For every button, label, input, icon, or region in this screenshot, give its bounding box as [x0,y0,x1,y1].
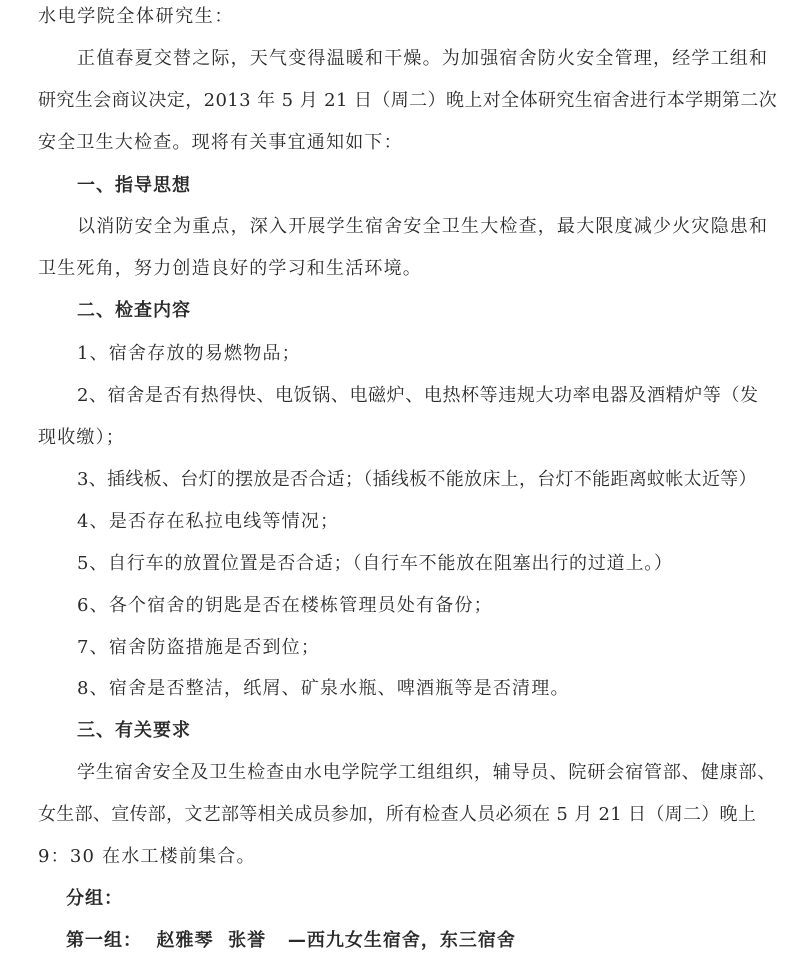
section2-heading: 二、检查内容 [77,296,191,326]
section1-heading: 一、指导思想 [77,171,191,201]
intro-line-3: 安全卫生大检查。现将有关事宜通知如下： [38,128,403,158]
check-item-8: 8、宿舍是否整洁，纸屑、矿泉水瓶、啤酒瓶等是否清理。 [77,674,570,704]
section3-body-1: 学生宿舍安全及卫生检查由水电学院学工组组织，辅导员、院研会宿管部、健康部、 [77,758,776,788]
section3-heading: 三、有关要求 [77,716,191,746]
grouping-label: 分组： [66,884,123,914]
check-item-2: 2、宿舍是否有热得快、电饭锅、电磁炉、电热杯等违规大功率电器及酒精炉等（发 [77,381,759,411]
group-1-assignment: 第一组： 赵雅琴 张誉 —西九女生宿舍，东三宿舍 [66,926,516,956]
intro-line-2: 研究生会商议决定，2013 年 5 月 21 日（周二）晚上对全体研究生宿舍进行… [38,86,777,116]
check-item-5: 5、自行车的放置位置是否合适；（自行车不能放在阻塞出行的过道上。） [77,549,673,579]
salutation: 水电学院全体研究生： [38,2,234,32]
check-item-4: 4、是否存在私拉电线等情况； [77,507,339,537]
check-item-3: 3、插线板、台灯的摆放是否合适；（插线板不能放床上，台灯不能距离蚊帐太近等） [77,465,757,495]
check-item-1: 1、宿舍存放的易燃物品； [77,339,301,369]
check-item-6: 6、各个宿舍的钥匙是否在楼栋管理员处有备份； [77,591,493,621]
section3-body-2: 女生部、宣传部，文艺部等相关成员参加，所有检查人员必须在 5 月 21 日（周二… [38,800,756,830]
check-item-7: 7、宿舍防盗措施是否到位； [77,633,320,663]
section1-body-1: 以消防安全为重点，深入开展学生宿舍安全卫生大检查，最大限度减少火灾隐患和 [77,212,768,242]
check-item-2-cont: 现收缴）； [38,423,125,453]
section3-body-3: 9：30 在水工楼前集合。 [38,842,256,872]
intro-line-1: 正值春夏交替之际，天气变得温暖和干燥。为加强宿舍防火安全管理，经学工组和 [77,44,768,74]
section1-body-2: 卫生死角，努力创造良好的学习和生活环境。 [38,254,422,284]
